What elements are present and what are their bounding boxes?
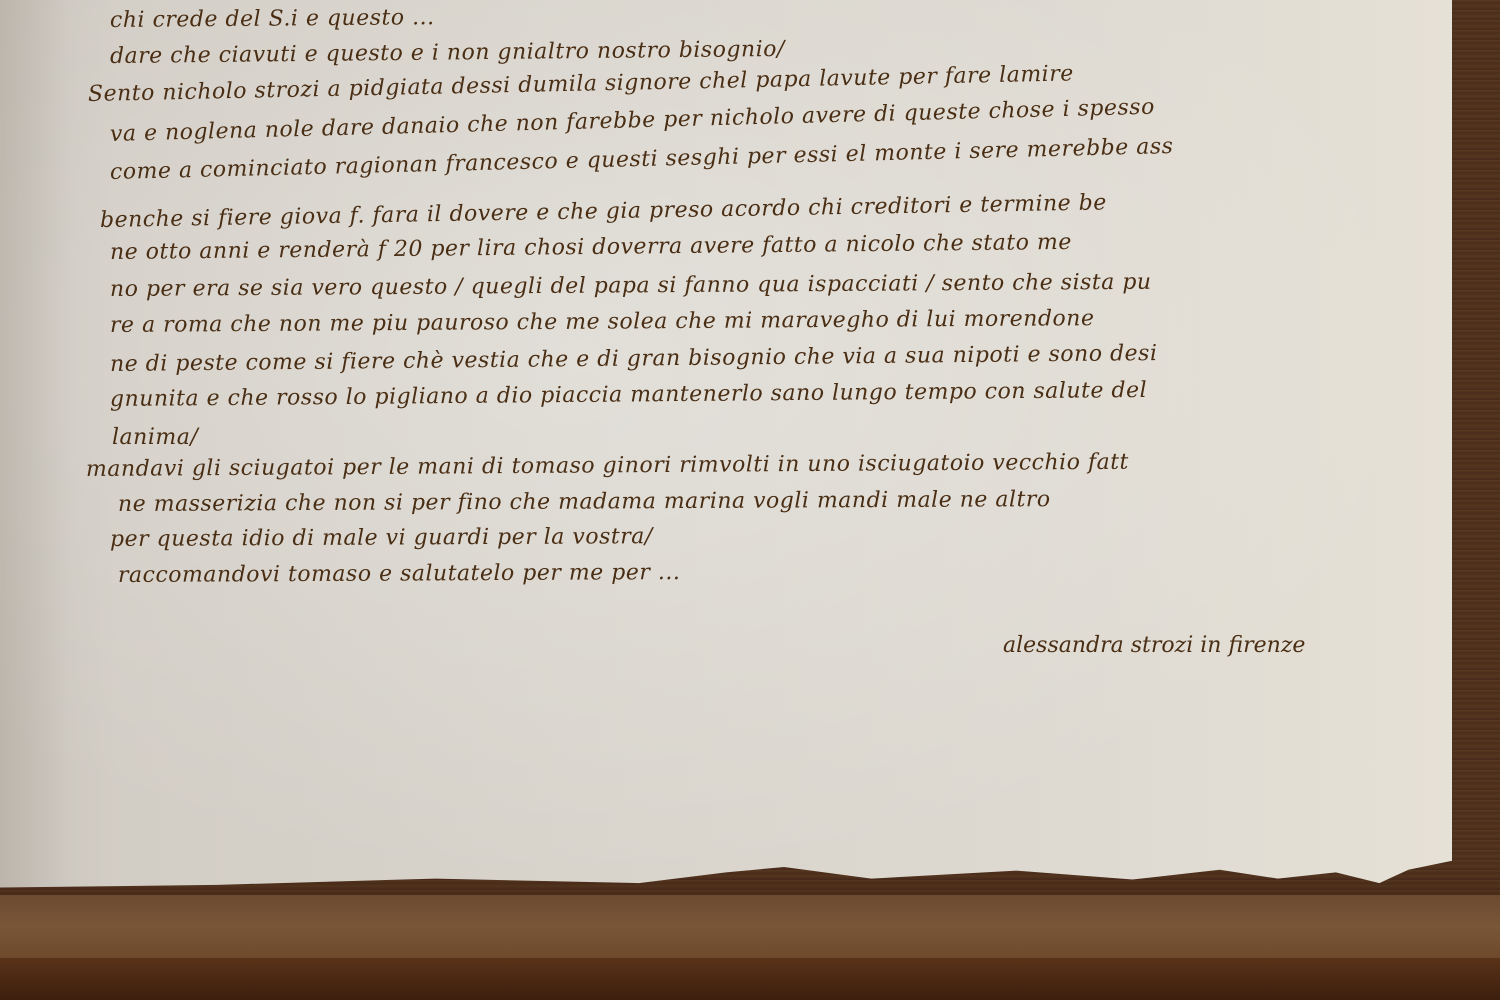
letter-line-6: benche si fiere giova f. fara il dovere … (100, 190, 1107, 233)
letter-line-15: per questa idio di male vi guardi per la… (110, 524, 653, 552)
letter-line-8: no per era se sia vero questo / quegli d… (110, 270, 1152, 302)
letter-line-13: mandavi gli sciugatoi per le mani di tom… (86, 450, 1129, 482)
shelf-edge (0, 958, 1500, 1000)
paper-fold-shadow (0, 0, 70, 892)
signature: alessandra strozi in firenze (1003, 633, 1305, 658)
letter-line-10: ne di peste come si fiere chè vestia che… (110, 341, 1158, 377)
letter-line-16: raccomandovi tomaso e salutatelo per me … (118, 560, 680, 588)
letter-line-1: chi crede del S.i e questo ... (110, 5, 435, 33)
letter-line-14: ne masserizia che non si per fino che ma… (118, 487, 1051, 517)
letter-line-9: re a roma che non me piu pauroso che me … (110, 306, 1095, 338)
manuscript-page: chi crede del S.i e questo ... dare che … (0, 0, 1452, 892)
letter-line-12: lanima/ (112, 425, 198, 450)
letter-line-7: ne otto anni e renderà f 20 per lira cho… (110, 230, 1072, 265)
letter-line-2: dare che ciavuti e questo e i non gnialt… (110, 37, 785, 69)
letter-line-11: gnunita e che rosso lo pigliano a dio pi… (110, 378, 1147, 412)
